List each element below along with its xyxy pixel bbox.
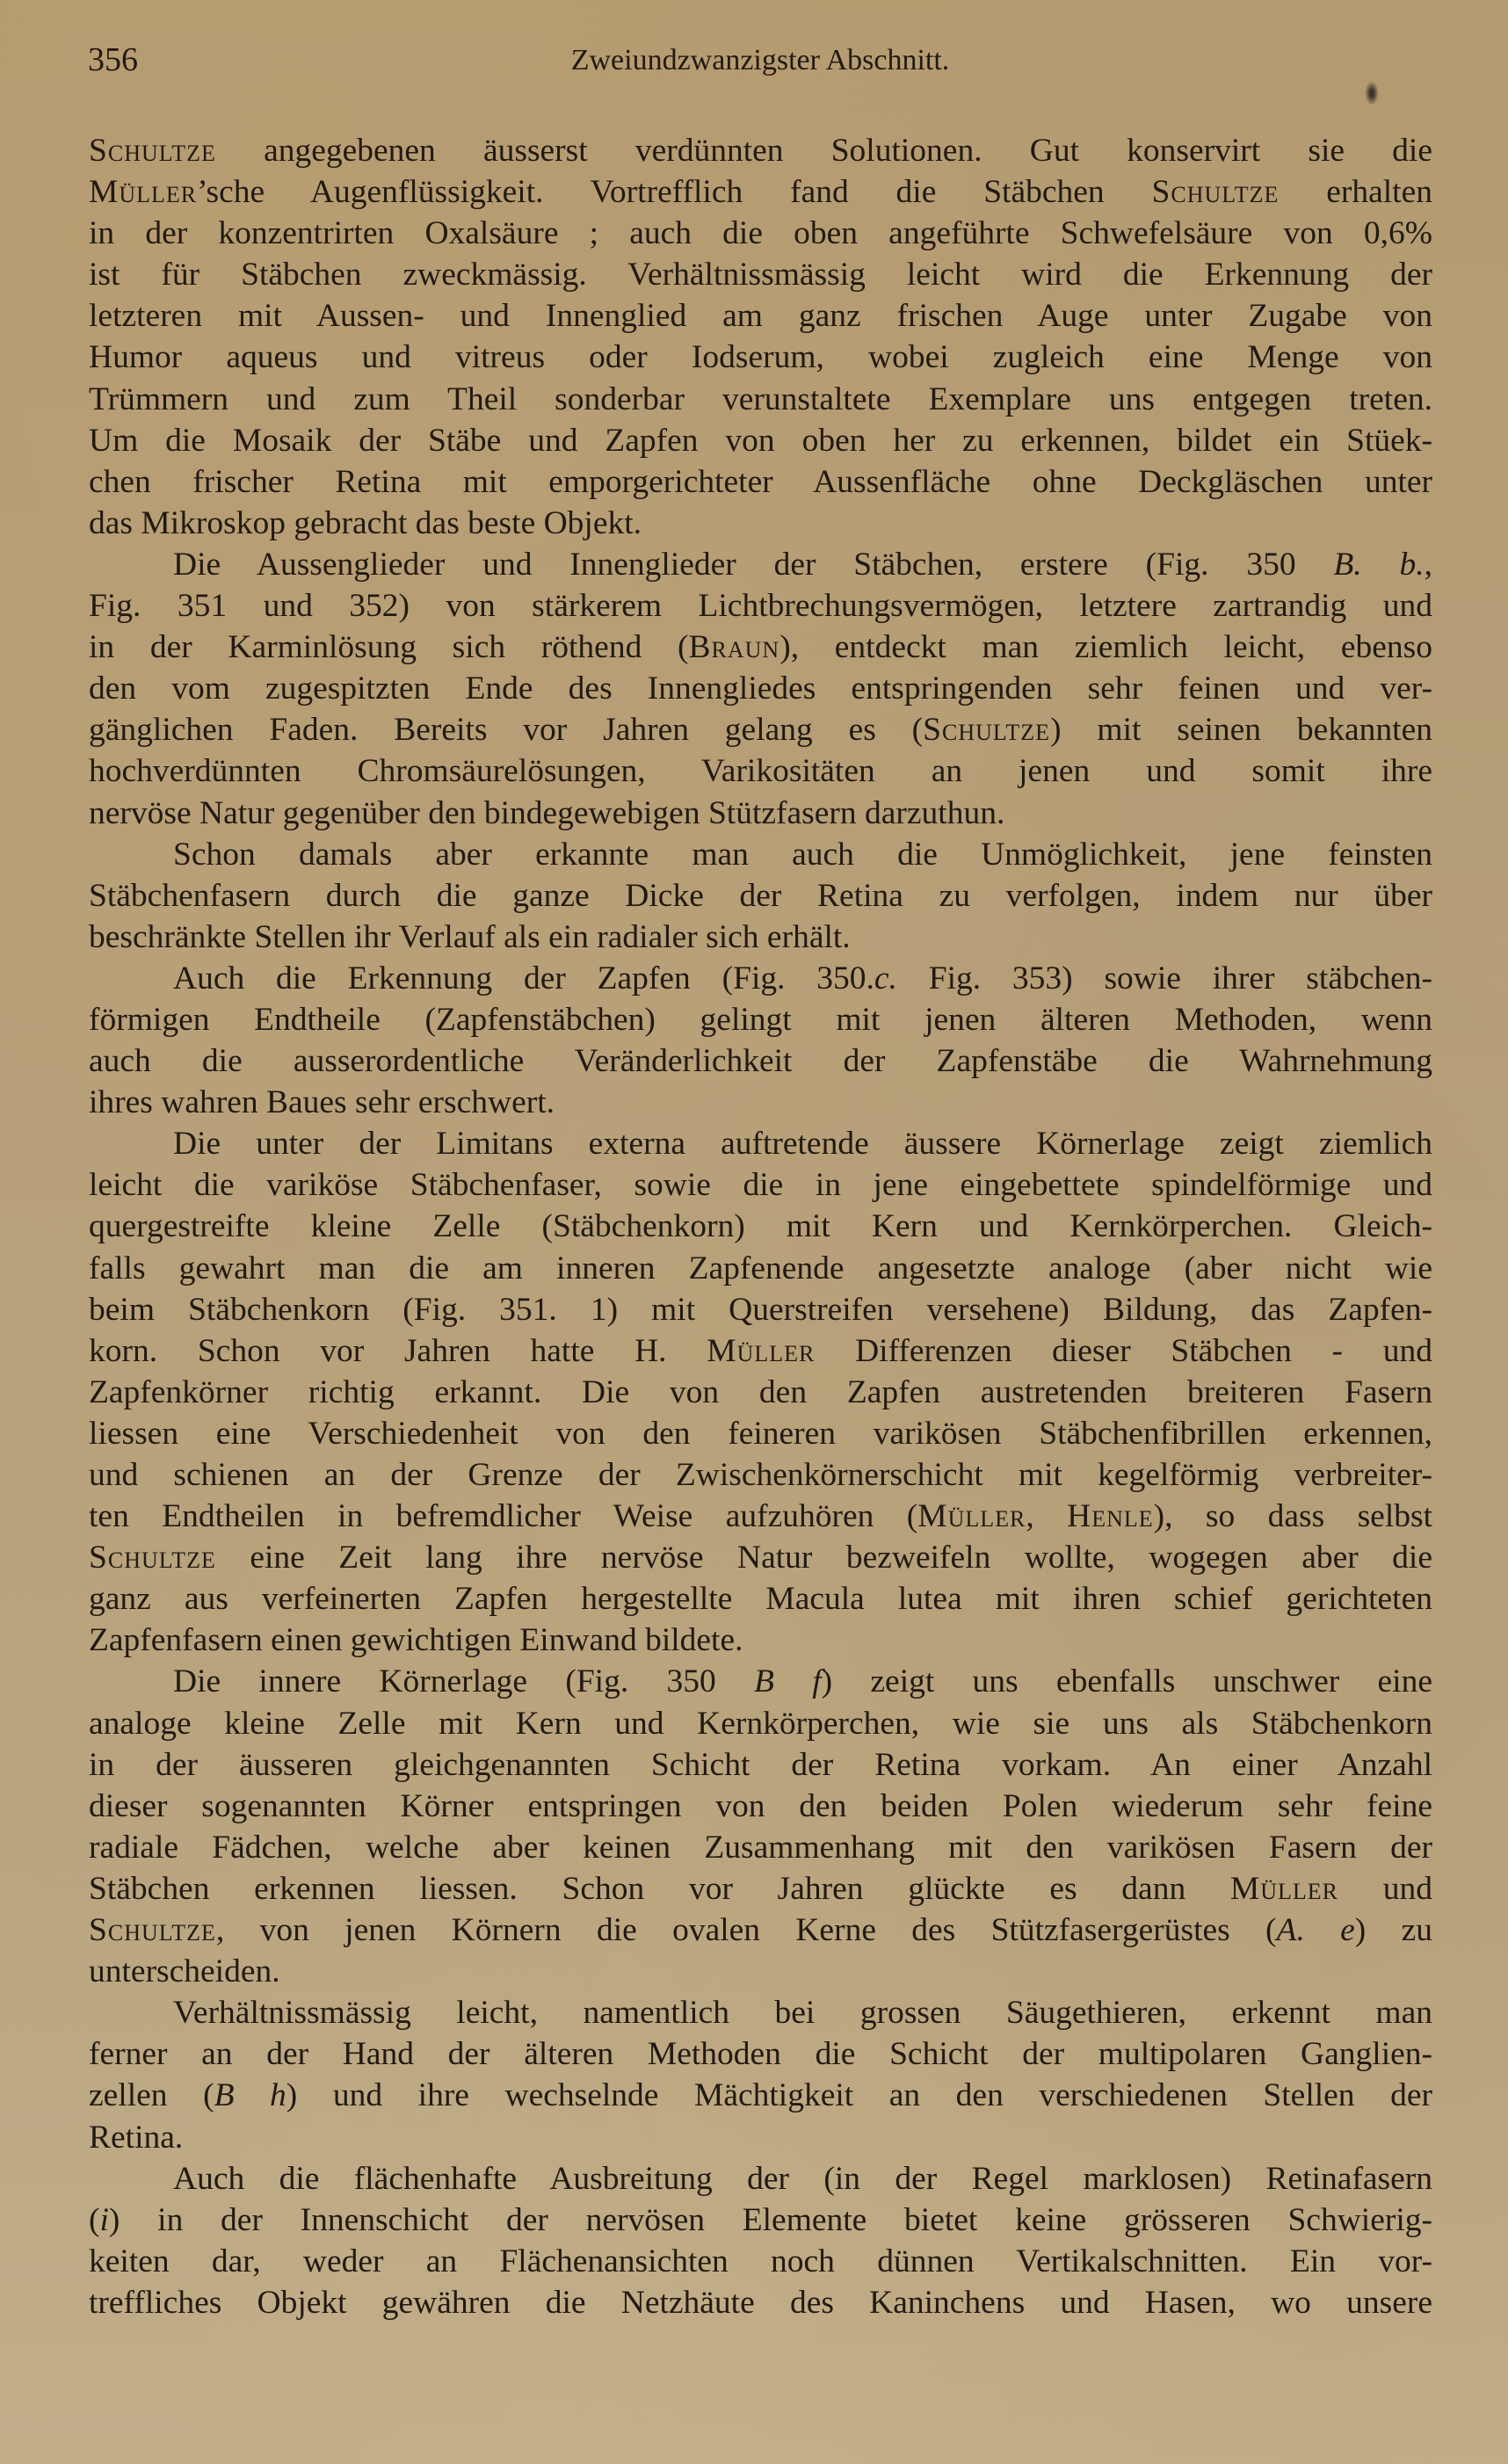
text-line: Humor aqueus und vitreus oder Iodserum, …: [89, 337, 1432, 378]
text-line: leicht die variköse Stäbchenfaser, sowie…: [89, 1164, 1432, 1206]
text-line: Retina.: [89, 2117, 1432, 2158]
text-line: liessen eine Verschiedenheit von den fei…: [89, 1413, 1432, 1454]
text-line: nervöse Natur gegenüber den bindegewebig…: [89, 793, 1432, 834]
text-line: Trümmern und zum Theil sonderbar verunst…: [89, 379, 1432, 420]
author-name: Schultze: [89, 1912, 216, 1948]
author-name: Schultze: [89, 1540, 216, 1576]
text-line: Zapfenfasern einen gewichtigen Einwand b…: [89, 1620, 1432, 1661]
author-name: Schultze: [89, 133, 216, 169]
text-line: förmigen Endtheile (Zapfenstäbchen) geli…: [89, 999, 1432, 1040]
text-line: keiten dar, weder an Flächenansichten no…: [89, 2241, 1432, 2282]
text-line: hochverdünnten Chromsäurelösungen, Varik…: [89, 750, 1432, 792]
text-line: Stäbchen erkennen liessen. Schon vor Jah…: [89, 1868, 1432, 1910]
text-line: Schon damals aber erkannte man auch die …: [89, 834, 1432, 875]
text-line: beim Stäbchenkorn (Fig. 351. 1) mit Quer…: [89, 1289, 1432, 1330]
text-line: Die unter der Limitans externa auftreten…: [89, 1123, 1432, 1164]
text-line: Verhältnissmässig leicht, namentlich bei…: [89, 1992, 1432, 2033]
text-line: quergestreifte kleine Zelle (Stäbchenkor…: [89, 1206, 1432, 1247]
text-line: in der äusseren gleichgenannten Schicht …: [89, 1744, 1432, 1786]
paragraph: Schultze angegebenen äusserst verdünnten…: [89, 130, 1432, 544]
text-line: zellen (B h) und ihre wechselnde Mächtig…: [89, 2075, 1432, 2116]
text-line: auch die ausserordentliche Veränderlichk…: [89, 1040, 1432, 1082]
running-title: Zweiundzwanzigster Abschnitt.: [88, 44, 1432, 77]
text-line: ferner an der Hand der älteren Methoden …: [89, 2033, 1432, 2075]
text-line: chen frischer Retina mit emporgerichtete…: [89, 461, 1432, 503]
text-line: gänglichen Faden. Bereits vor Jahren gel…: [89, 709, 1432, 750]
text-line: falls gewahrt man die am inneren Zapfene…: [89, 1248, 1432, 1289]
text-line: unterscheiden.: [89, 1951, 1432, 1992]
text-line: analoge kleine Zelle mit Kern und Kernkö…: [89, 1703, 1432, 1744]
author-name: Schultze: [1152, 174, 1280, 210]
text-line: Zapfenkörner richtig erkannt. Die von de…: [89, 1372, 1432, 1413]
text-line: ganz aus verfeinerten Zapfen hergestellt…: [89, 1578, 1432, 1620]
paragraph: Auch die flächenhafte Ausbreitung der (i…: [89, 2158, 1432, 2323]
text-line: ist für Stäbchen zweckmässig. Verhältnis…: [89, 254, 1432, 295]
text-line: dieser sogenannten Körner entspringen vo…: [89, 1786, 1432, 1827]
text-line: ihres wahren Baues sehr erschwert.: [89, 1082, 1432, 1123]
text-line: Müller’sche Augenflüssigkeit. Vortreffli…: [89, 171, 1432, 213]
text-line: Die Aussenglieder und Innenglieder der S…: [89, 544, 1432, 585]
text-line: Fig. 351 und 352) von stärkerem Lichtbre…: [89, 585, 1432, 627]
text-line: korn. Schon vor Jahren hatte H. Müller D…: [89, 1330, 1432, 1372]
figure-reference: B h: [214, 2077, 286, 2113]
figure-reference: B f: [754, 1663, 822, 1699]
author-name: Müller: [89, 174, 197, 210]
scan-speck: [1365, 81, 1379, 105]
figure-reference: B. b.: [1333, 547, 1424, 583]
figure-reference: A. e: [1277, 1912, 1355, 1948]
text-line: Schultze, von jenen Körnern die ovalen K…: [89, 1910, 1432, 1951]
figure-reference: i: [100, 2202, 109, 2238]
author-name: Müller: [917, 1498, 1026, 1534]
text-line: Die innere Körnerlage (Fig. 350 B f) zei…: [89, 1661, 1432, 1702]
text-line: Auch die flächenhafte Ausbreitung der (i…: [89, 2158, 1432, 2199]
text-line: treffliches Objekt gewähren die Netzhäut…: [89, 2282, 1432, 2323]
text-line: Schultze eine Zeit lang ihre nervöse Nat…: [89, 1537, 1432, 1578]
text-line: (i) in der Innenschicht der nervösen Ele…: [89, 2199, 1432, 2241]
paragraph: Verhältnissmässig leicht, namentlich bei…: [89, 1992, 1432, 2157]
text-line: Stäbchenfasern durch die ganze Dicke der…: [89, 875, 1432, 917]
paragraph: Die Aussenglieder und Innenglieder der S…: [89, 544, 1432, 834]
text-line: den vom zugespitzten Ende des Innenglied…: [89, 668, 1432, 709]
text-line: in der konzentrirten Oxalsäure ; auch di…: [89, 213, 1432, 254]
author-name: Henle: [1067, 1498, 1154, 1534]
figure-reference: c.: [874, 960, 897, 996]
text-line: ten Endtheilen in befremdlicher Weise au…: [89, 1496, 1432, 1537]
paragraph: Schon damals aber erkannte man auch die …: [89, 834, 1432, 958]
text-line: beschränkte Stellen ihr Verlauf als ein …: [89, 917, 1432, 958]
author-name: Müller: [1230, 1871, 1338, 1907]
text-line: letzteren mit Aussen- und Innenglied am …: [89, 295, 1432, 337]
text-line: das Mikroskop gebracht das beste Objekt.: [89, 503, 1432, 544]
author-name: Braun: [689, 629, 780, 665]
text-line: radiale Fädchen, welche aber keinen Zusa…: [89, 1827, 1432, 1868]
paragraph: Auch die Erkennung der Zapfen (Fig. 350.…: [89, 958, 1432, 1123]
paragraph: Die innere Körnerlage (Fig. 350 B f) zei…: [89, 1661, 1432, 1992]
text-line: in der Karminlösung sich röthend (Braun)…: [89, 627, 1432, 668]
text-line: Um die Mosaik der Stäbe und Zapfen von o…: [89, 420, 1432, 461]
text-line: und schienen an der Grenze der Zwischenk…: [89, 1454, 1432, 1496]
page-header: 356 Zweiundzwanzigster Abschnitt.: [88, 40, 1432, 84]
author-name: Müller: [707, 1333, 815, 1369]
body-text: Schultze angegebenen äusserst verdünnten…: [89, 130, 1432, 2323]
paragraph: Die unter der Limitans externa auftreten…: [89, 1123, 1432, 1661]
text-line: Auch die Erkennung der Zapfen (Fig. 350.…: [89, 958, 1432, 999]
author-name: Schultze: [923, 712, 1050, 748]
text-line: Schultze angegebenen äusserst verdünnten…: [89, 130, 1432, 171]
